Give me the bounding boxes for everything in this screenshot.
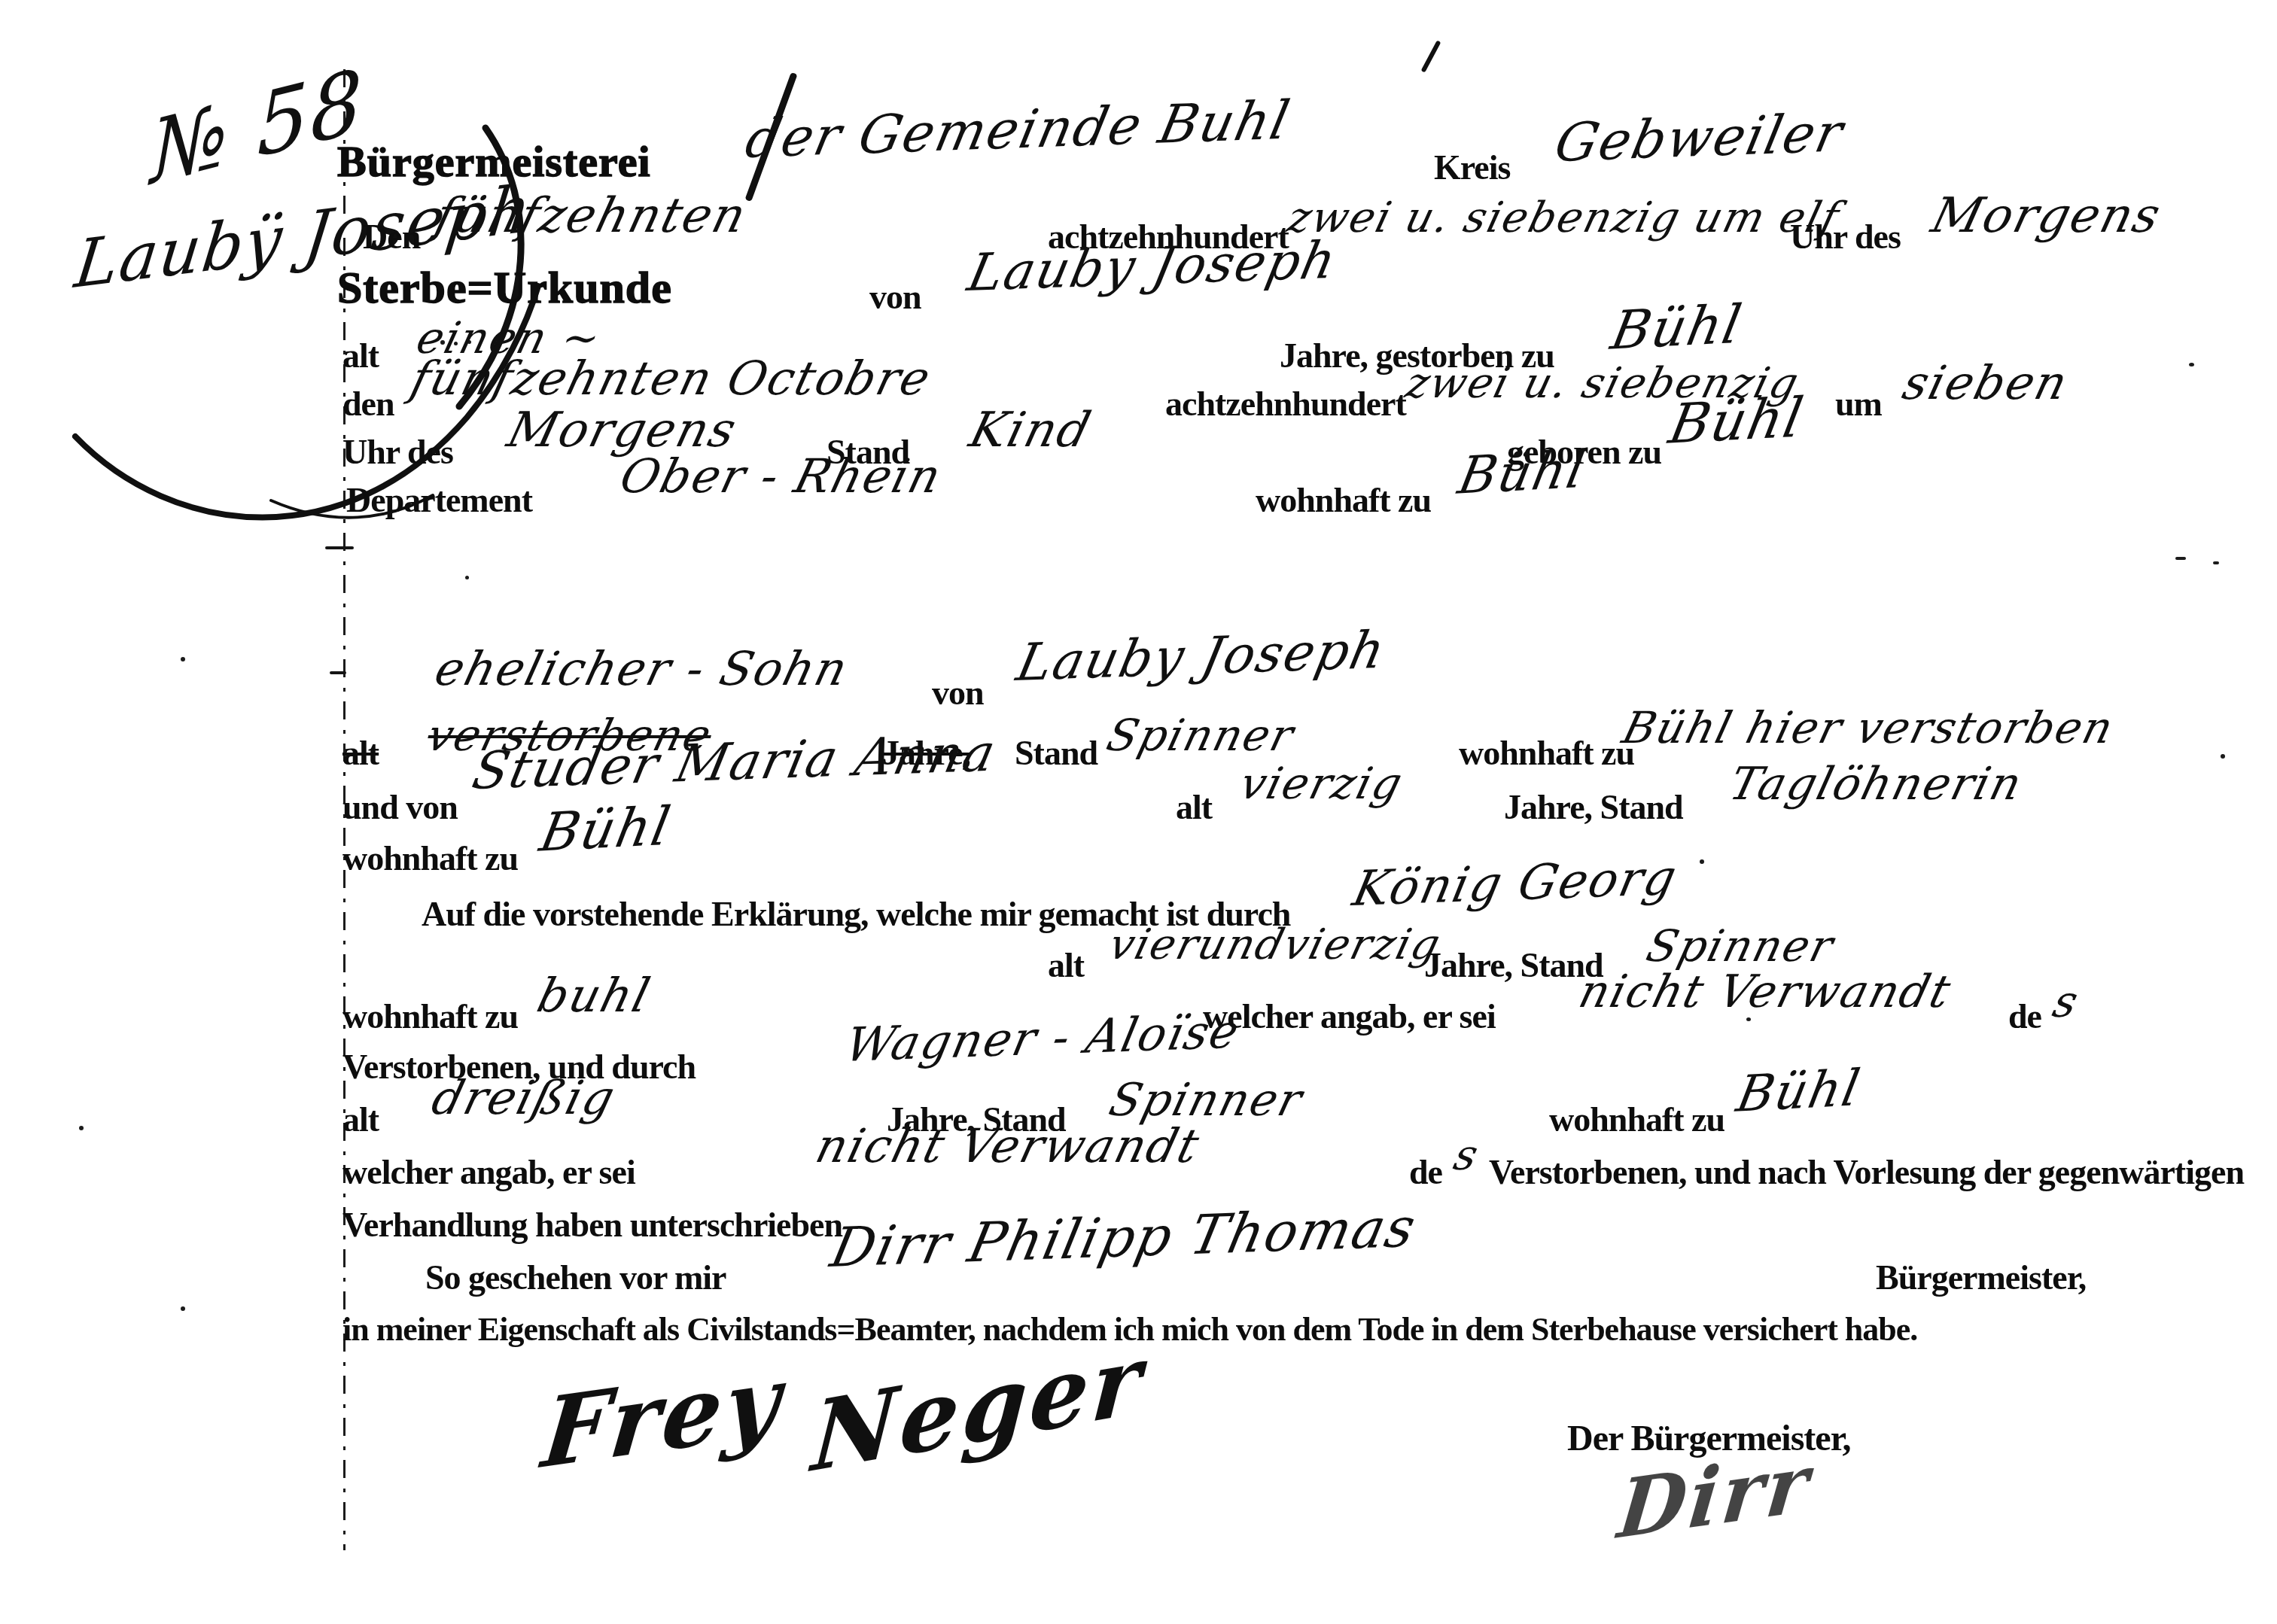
label-jahre-stand-3: Jahre, Stand bbox=[1424, 948, 1603, 983]
label-wohnhaft-zu-1: wohnhaft zu bbox=[1256, 483, 1431, 518]
label-uhr-des-2: Uhr des bbox=[342, 435, 453, 470]
entry-vater-wohnort: Bühl hier verstorben bbox=[1618, 706, 2119, 750]
label-buergermeister-inline: Bürgermeister, bbox=[1876, 1261, 2086, 1295]
label-stand-2: Stand bbox=[1015, 736, 1097, 771]
label-buergermeisterei: Bürgermeisterei bbox=[337, 140, 651, 184]
death-certificate-page: № 58Laubÿ JosephBürgermeistereider Gemei… bbox=[0, 0, 2277, 1624]
entry-zeuge2-stand: Spinner bbox=[1105, 1078, 1307, 1123]
entry-zeuge2-name: Wagner - Aloïse bbox=[842, 1008, 1244, 1069]
entry-kreis: Gebweiler bbox=[1551, 106, 1849, 169]
rule-tick-1 bbox=[325, 546, 354, 549]
entry-zeuge1-name: König Georg bbox=[1349, 854, 1682, 914]
entry-mutter-stand: Taglöhnerin bbox=[1725, 762, 2027, 807]
speck bbox=[79, 1126, 84, 1130]
entry-verstorbener-name: Lauby Joseph bbox=[963, 235, 1341, 300]
label-wohnhaft-zu-2: wohnhaft zu bbox=[1459, 736, 1634, 771]
entry-zeuge1-stand: Spinner bbox=[1642, 924, 1839, 968]
entry-vater-name: Lauby Joseph bbox=[1012, 625, 1390, 689]
entry-de-s-1: s bbox=[2049, 980, 2084, 1023]
label-von-2: von bbox=[932, 676, 984, 710]
label-kreis: Kreis bbox=[1434, 151, 1510, 185]
entry-anzeige-tag: fünfzehnten bbox=[431, 192, 752, 240]
label-jahre-stand-2: Jahre, Stand bbox=[1504, 790, 1683, 825]
entry-de-s-2: s bbox=[1450, 1135, 1484, 1177]
speck bbox=[2189, 363, 2194, 366]
entry-zeuge1-alter: vierundvierzig bbox=[1105, 924, 1445, 966]
label-alt-3: alt bbox=[1176, 790, 1212, 825]
entry-departement: Ober - Rhein bbox=[616, 453, 947, 500]
entry-zeuge2-alter: dreißig bbox=[428, 1075, 620, 1121]
entry-sterbeort: Bühl bbox=[1607, 297, 1747, 357]
small-tick-mark bbox=[1421, 40, 1441, 72]
entry-gemeinde: der Gemeinde Buhl bbox=[741, 93, 1295, 166]
entry-wohnort-1: Bühl bbox=[1454, 444, 1590, 503]
signature-witness-2: Neger bbox=[809, 1331, 1147, 1486]
label-von-1: von bbox=[869, 280, 921, 315]
entry-vater-stand: Spinner bbox=[1103, 713, 1299, 757]
entry-verwandt-2: nicht Verwandt bbox=[811, 1123, 1204, 1169]
entry-mutter-wohnort: Bühl bbox=[536, 799, 676, 859]
entry-mutter-alter: vierzig bbox=[1236, 762, 1408, 805]
label-wohnhaft-zu-3: wohnhaft zu bbox=[342, 841, 518, 876]
entry-anzeige-jahr: zwei u. siebenzig um elf bbox=[1283, 197, 1844, 239]
entry-verstorbener-stand: Kind bbox=[965, 406, 1096, 455]
entry-sterbestunde: sieben bbox=[1898, 360, 2073, 406]
label-sterbe-urkunde: Sterbe=Urkunde bbox=[337, 265, 672, 310]
signature-witness-1: Frey bbox=[538, 1352, 787, 1483]
label-verhandlung: Verhandlung haben unterschrieben bbox=[342, 1208, 842, 1242]
speck bbox=[181, 657, 185, 661]
entry-zeuge2-wohnort: Bühl bbox=[1733, 1063, 1865, 1120]
entry-sterbetag: fünfzehnten Octobre bbox=[406, 355, 936, 402]
speck bbox=[1700, 859, 1704, 864]
rule-tick-2 bbox=[330, 671, 346, 674]
label-uhr-des-1: Uhr des bbox=[1790, 220, 1901, 254]
label-so-geschehen: So geschehen vor mir bbox=[425, 1261, 726, 1295]
speck bbox=[465, 576, 469, 579]
label-vorlesung: Verstorbenen, und nach Vorlesung der geg… bbox=[1489, 1155, 2244, 1190]
speck bbox=[2213, 561, 2219, 564]
label-de-2: de bbox=[1409, 1155, 1442, 1190]
label-wohnhaft-zu-4: wohnhaft zu bbox=[342, 999, 518, 1034]
entry-geburtsort: Bühl bbox=[1665, 390, 1809, 452]
signature-mayor: Dirr bbox=[1615, 1443, 1815, 1550]
entry-zeuge1-wohnort: buhl bbox=[533, 972, 656, 1019]
label-achtzehnhundert-2: achtzehnhundert bbox=[1165, 387, 1406, 421]
entry-beamter-name: Dirr Philipp Thomas bbox=[826, 1200, 1421, 1275]
label-um: um bbox=[1835, 387, 1882, 421]
entry-sterbe-tageszeit: Morgens bbox=[503, 406, 742, 455]
entry-verwandt-1: nicht Verwandt bbox=[1575, 969, 1956, 1014]
label-welcher-angab-1: welcher angab, er sei bbox=[1203, 999, 1496, 1034]
label-den-1: Den bbox=[363, 220, 420, 254]
label-wohnhaft-zu-5: wohnhaft zu bbox=[1549, 1102, 1724, 1137]
label-de-1: de bbox=[2008, 999, 2041, 1034]
label-alt-5: alt bbox=[342, 1102, 379, 1137]
label-und-von: und von bbox=[342, 790, 458, 825]
label-alt-1: alt bbox=[342, 339, 379, 373]
label-den-2: den bbox=[342, 387, 394, 421]
label-departement: Departement bbox=[346, 483, 532, 518]
label-alt-4: alt bbox=[1048, 948, 1084, 983]
speck bbox=[2175, 557, 2186, 560]
label-alt-2: alt bbox=[342, 736, 379, 771]
entry-sohn-von: ehelicher - Sohn bbox=[431, 646, 853, 692]
entry-anzeige-tageszeit: Morgens bbox=[1927, 192, 2166, 240]
speck bbox=[2221, 754, 2225, 759]
speck bbox=[181, 1306, 185, 1311]
label-welcher-angab-2: welcher angab, er sei bbox=[342, 1155, 635, 1190]
